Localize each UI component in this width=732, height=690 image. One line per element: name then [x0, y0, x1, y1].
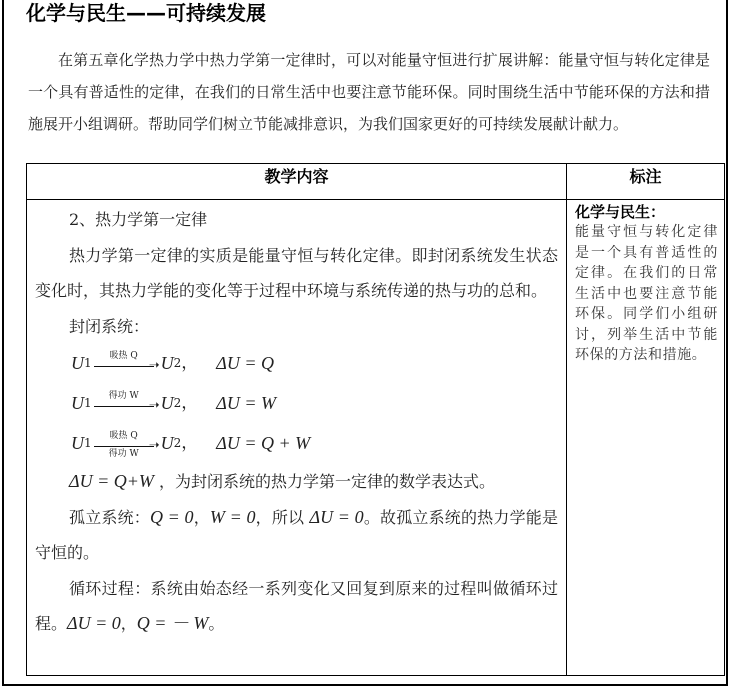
document-title: 化学与民生——可持续发展 — [26, 0, 266, 26]
arrow-label-top: 吸热 Q — [94, 430, 154, 442]
isolated-w: W = 0 — [210, 507, 256, 527]
content-cell: 2、热力学第一定律 热力学第一定律的实质是能量守恒与转化定律。即封闭系统发生状态… — [27, 200, 567, 676]
arrow-label-bottom: 得功 W — [94, 448, 154, 460]
isolated-system-paragraph: 孤立系统：Q = 0，W = 0，所以 ΔU = 0。故孤立系统的热力学能是守恒… — [35, 500, 558, 571]
u2-subscript: 2 — [174, 386, 182, 422]
u1-symbol: U — [71, 346, 84, 382]
cycle-q: Q = － W — [137, 613, 209, 633]
u1-symbol: U — [71, 426, 84, 462]
table-header-row: 教学内容 标注 — [27, 164, 725, 200]
u2-subscript: 2 — [174, 426, 182, 462]
annotation-cell: 化学与民生： 能量守恒与转化定律是一个具有普适性的定律。在我们的日常生活中也要注… — [567, 200, 725, 676]
arrow-icon: 吸热 Q➝得功 W — [94, 434, 160, 454]
equation-result: ΔU = Q + W — [216, 426, 310, 462]
u2-symbol: U — [161, 386, 174, 422]
expression-formula: ΔU = Q+W — [69, 471, 154, 491]
intro-paragraph: 在第五章化学热力学中热力学第一定律时，可以对能量守恒进行扩展讲解：能量守恒与转化… — [28, 44, 710, 140]
u1-subscript: 1 — [84, 346, 92, 382]
u2-symbol: U — [161, 426, 174, 462]
annotation-body: 能量守恒与转化定律是一个具有普适性的定律。在我们的日常生活中也要注意节能环保。同… — [575, 222, 718, 366]
teaching-table: 教学内容 标注 2、热力学第一定律 热力学第一定律的实质是能量守恒与转化定律。即… — [26, 163, 725, 676]
cycle-du: ΔU = 0 — [67, 613, 121, 633]
section-heading: 2、热力学第一定律 — [35, 202, 558, 238]
u2-subscript: 2 — [174, 346, 182, 382]
u1-subscript: 1 — [84, 426, 92, 462]
separator: ， — [181, 426, 198, 462]
isolated-du: ΔU = 0 — [310, 507, 364, 527]
isolated-q: Q = 0 — [150, 507, 194, 527]
isolated-label: 孤立系统： — [69, 508, 150, 527]
u2-symbol: U — [161, 346, 174, 382]
equation-result: ΔU = Q — [216, 346, 274, 382]
expression-paragraph: ΔU = Q+W ，为封闭系统的热力学第一定律的数学表达式。 — [35, 464, 558, 500]
annotation-title: 化学与民生： — [575, 202, 718, 222]
closed-system-label: 封闭系统： — [35, 309, 558, 345]
header-teaching-content: 教学内容 — [27, 164, 567, 200]
arrow-icon: 得功 W➝ — [94, 394, 160, 414]
arrow-icon: 吸热 Q➝ — [94, 354, 160, 374]
equation-work: U1 得功 W➝ U2 ， ΔU = W — [71, 384, 558, 424]
isolated-so: ，所以 — [255, 508, 309, 527]
equation-heat-work: U1 吸热 Q➝得功 W U2 ， ΔU = Q + W — [71, 424, 558, 464]
separator: ， — [181, 386, 198, 422]
expression-text: ，为封闭系统的热力学第一定律的数学表达式。 — [154, 472, 495, 491]
header-annotation: 标注 — [567, 164, 725, 200]
intro-section: 在第五章化学热力学中热力学第一定律时，可以对能量守恒进行扩展讲解：能量守恒与转化… — [28, 44, 710, 140]
equation-heat: U1 吸热 Q➝ U2 ， ΔU = Q — [71, 344, 558, 384]
equation-result: ΔU = W — [216, 386, 276, 422]
table-row: 2、热力学第一定律 热力学第一定律的实质是能量守恒与转化定律。即封闭系统发生状态… — [27, 200, 725, 676]
u1-symbol: U — [71, 386, 84, 422]
arrow-label-top: 得功 W — [94, 390, 154, 402]
separator: ， — [181, 346, 198, 382]
arrow-label-top: 吸热 Q — [94, 350, 154, 362]
u1-subscript: 1 — [84, 386, 92, 422]
first-law-paragraph: 热力学第一定律的实质是能量守恒与转化定律。即封闭系统发生状态变化时，其热力学能的… — [35, 238, 558, 309]
cycle-end: 。 — [208, 614, 224, 633]
cycle-paragraph: 循环过程：系统由始态经一系列变化又回复到原来的过程叫做循环过程。ΔU = 0，Q… — [35, 571, 558, 642]
